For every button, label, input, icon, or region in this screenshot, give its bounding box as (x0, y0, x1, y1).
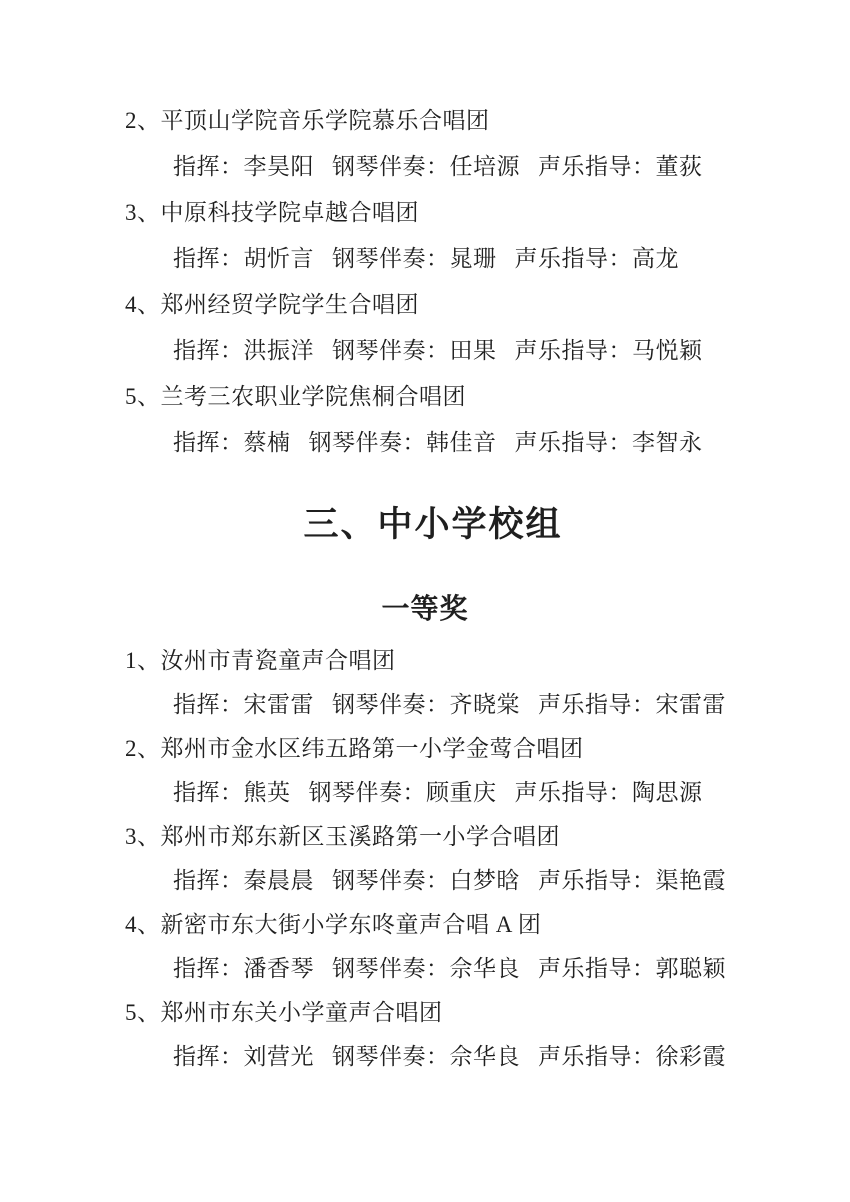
piano-label: 钢琴伴奏： (332, 956, 450, 981)
choir-name: 平顶山学院音乐学院慕乐合唱团 (161, 108, 490, 133)
conductor-name: 熊英 (244, 780, 291, 805)
conductor-label: 指挥： (173, 780, 244, 805)
choir-detail-line: 指挥：刘营光钢琴伴奏：佘华良声乐指导：徐彩霞 (0, 1035, 850, 1079)
choir-detail-line: 指挥：胡忻言钢琴伴奏：晁珊声乐指导：高龙 (0, 236, 850, 282)
conductor-label: 指挥： (173, 338, 244, 363)
choir-detail-line: 指挥：宋雷雷钢琴伴奏：齐晓棠声乐指导：宋雷雷 (0, 683, 850, 727)
choir-name-line: 2、平顶山学院音乐学院慕乐合唱团 (0, 98, 850, 144)
choir-entry: 5、兰考三农职业学院焦桐合唱团 指挥：蔡楠钢琴伴奏：韩佳音声乐指导：李智永 (0, 374, 850, 466)
choir-detail-line: 指挥：李昊阳钢琴伴奏：任培源声乐指导：董荻 (0, 144, 850, 190)
conductor-name: 洪振洋 (244, 338, 315, 363)
vocal-label: 声乐指导： (538, 956, 656, 981)
choir-entry: 3、中原科技学院卓越合唱团 指挥：胡忻言钢琴伴奏：晁珊声乐指导：高龙 (0, 190, 850, 282)
vocal-name: 郭聪颖 (656, 956, 727, 981)
choir-entry: 1、汝州市青瓷童声合唱团 指挥：宋雷雷钢琴伴奏：齐晓棠声乐指导：宋雷雷 (0, 639, 850, 727)
conductor-group: 指挥：蔡楠 (173, 420, 291, 466)
choir-name-line: 4、郑州经贸学院学生合唱团 (0, 282, 850, 328)
piano-group: 钢琴伴奏：顾重庆 (309, 771, 497, 815)
choir-name: 汝州市青瓷童声合唱团 (161, 648, 396, 673)
vocal-group: 声乐指导：李智永 (515, 420, 703, 466)
vocal-name: 马悦颖 (632, 338, 703, 363)
choir-entry: 4、新密市东大街小学东咚童声合唱 A 团 指挥：潘香琴钢琴伴奏：佘华良声乐指导：… (0, 903, 850, 991)
conductor-name: 潘香琴 (244, 956, 315, 981)
conductor-label: 指挥： (173, 430, 244, 455)
choir-detail-line: 指挥：洪振洋钢琴伴奏：田果声乐指导：马悦颖 (0, 328, 850, 374)
conductor-group: 指挥：李昊阳 (173, 144, 314, 190)
entry-number: 1、 (125, 639, 161, 683)
entry-number: 4、 (125, 903, 161, 947)
college-group-section: 2、平顶山学院音乐学院慕乐合唱团 指挥：李昊阳钢琴伴奏：任培源声乐指导：董荻 3… (0, 98, 850, 466)
piano-name: 韩佳音 (426, 430, 497, 455)
choir-name: 兰考三农职业学院焦桐合唱团 (161, 384, 467, 409)
vocal-group: 声乐指导：渠艳霞 (538, 859, 726, 903)
choir-name-line: 3、郑州市郑东新区玉溪路第一小学合唱团 (0, 815, 850, 859)
conductor-name: 李昊阳 (244, 154, 315, 179)
vocal-label: 声乐指导： (538, 1044, 656, 1069)
vocal-name: 高龙 (632, 246, 679, 271)
piano-name: 任培源 (450, 154, 521, 179)
document-page: 2、平顶山学院音乐学院慕乐合唱团 指挥：李昊阳钢琴伴奏：任培源声乐指导：董荻 3… (0, 0, 850, 1202)
conductor-group: 指挥：潘香琴 (173, 947, 314, 991)
choir-name: 郑州市东关小学童声合唱团 (161, 1000, 443, 1025)
vocal-group: 声乐指导：董荻 (538, 144, 703, 190)
conductor-label: 指挥： (173, 154, 244, 179)
piano-group: 钢琴伴奏：晁珊 (332, 236, 497, 282)
vocal-name: 李智永 (632, 430, 703, 455)
conductor-name: 秦晨晨 (244, 868, 315, 893)
piano-name: 白梦晗 (450, 868, 521, 893)
choir-name: 新密市东大街小学东咚童声合唱 A 团 (161, 912, 542, 937)
piano-group: 钢琴伴奏：白梦晗 (332, 859, 520, 903)
conductor-group: 指挥：洪振洋 (173, 328, 314, 374)
piano-group: 钢琴伴奏：佘华良 (332, 1035, 520, 1079)
entry-number: 2、 (125, 727, 161, 771)
choir-name-line: 5、郑州市东关小学童声合唱团 (0, 991, 850, 1035)
choir-detail-line: 指挥：潘香琴钢琴伴奏：佘华良声乐指导：郭聪颖 (0, 947, 850, 991)
conductor-label: 指挥： (173, 868, 244, 893)
conductor-name: 蔡楠 (244, 430, 291, 455)
conductor-label: 指挥： (173, 246, 244, 271)
conductor-name: 刘营光 (244, 1044, 315, 1069)
conductor-group: 指挥：刘营光 (173, 1035, 314, 1079)
vocal-label: 声乐指导： (538, 868, 656, 893)
entry-number: 3、 (125, 815, 161, 859)
choir-name-line: 2、郑州市金水区纬五路第一小学金莺合唱团 (0, 727, 850, 771)
conductor-label: 指挥： (173, 956, 244, 981)
vocal-label: 声乐指导： (538, 692, 656, 717)
conductor-group: 指挥：秦晨晨 (173, 859, 314, 903)
choir-entry: 4、郑州经贸学院学生合唱团 指挥：洪振洋钢琴伴奏：田果声乐指导：马悦颖 (0, 282, 850, 374)
piano-group: 钢琴伴奏：任培源 (332, 144, 520, 190)
choir-detail-line: 指挥：秦晨晨钢琴伴奏：白梦晗声乐指导：渠艳霞 (0, 859, 850, 903)
vocal-name: 董荻 (656, 154, 703, 179)
choir-entry: 2、郑州市金水区纬五路第一小学金莺合唱团 指挥：熊英钢琴伴奏：顾重庆声乐指导：陶… (0, 727, 850, 815)
conductor-label: 指挥： (173, 1044, 244, 1069)
school-group-section: 1、汝州市青瓷童声合唱团 指挥：宋雷雷钢琴伴奏：齐晓棠声乐指导：宋雷雷 2、郑州… (0, 639, 850, 1079)
conductor-name: 胡忻言 (244, 246, 315, 271)
vocal-group: 声乐指导：宋雷雷 (538, 683, 726, 727)
conductor-label: 指挥： (173, 692, 244, 717)
piano-name: 晁珊 (450, 246, 497, 271)
piano-label: 钢琴伴奏： (332, 154, 450, 179)
piano-label: 钢琴伴奏： (332, 1044, 450, 1069)
vocal-group: 声乐指导：陶思源 (515, 771, 703, 815)
piano-name: 田果 (450, 338, 497, 363)
choir-entry: 2、平顶山学院音乐学院慕乐合唱团 指挥：李昊阳钢琴伴奏：任培源声乐指导：董荻 (0, 98, 850, 190)
choir-name-line: 5、兰考三农职业学院焦桐合唱团 (0, 374, 850, 420)
vocal-label: 声乐指导： (515, 338, 633, 363)
piano-label: 钢琴伴奏： (309, 430, 427, 455)
choir-entry: 3、郑州市郑东新区玉溪路第一小学合唱团 指挥：秦晨晨钢琴伴奏：白梦晗声乐指导：渠… (0, 815, 850, 903)
piano-label: 钢琴伴奏： (309, 780, 427, 805)
piano-label: 钢琴伴奏： (332, 338, 450, 363)
vocal-label: 声乐指导： (538, 154, 656, 179)
document-content: 2、平顶山学院音乐学院慕乐合唱团 指挥：李昊阳钢琴伴奏：任培源声乐指导：董荻 3… (0, 0, 850, 1079)
vocal-group: 声乐指导：郭聪颖 (538, 947, 726, 991)
piano-group: 钢琴伴奏：佘华良 (332, 947, 520, 991)
choir-name: 中原科技学院卓越合唱团 (161, 200, 420, 225)
conductor-group: 指挥：宋雷雷 (173, 683, 314, 727)
choir-name-line: 4、新密市东大街小学东咚童声合唱 A 团 (0, 903, 850, 947)
vocal-group: 声乐指导：马悦颖 (515, 328, 703, 374)
vocal-label: 声乐指导： (515, 430, 633, 455)
vocal-name: 宋雷雷 (656, 692, 727, 717)
piano-label: 钢琴伴奏： (332, 868, 450, 893)
piano-group: 钢琴伴奏：韩佳音 (309, 420, 497, 466)
choir-name-line: 3、中原科技学院卓越合唱团 (0, 190, 850, 236)
vocal-name: 徐彩霞 (656, 1044, 727, 1069)
piano-group: 钢琴伴奏：齐晓棠 (332, 683, 520, 727)
piano-label: 钢琴伴奏： (332, 246, 450, 271)
entry-number: 5、 (125, 991, 161, 1035)
vocal-name: 渠艳霞 (656, 868, 727, 893)
choir-detail-line: 指挥：熊英钢琴伴奏：顾重庆声乐指导：陶思源 (0, 771, 850, 815)
vocal-group: 声乐指导：高龙 (515, 236, 680, 282)
vocal-name: 陶思源 (632, 780, 703, 805)
vocal-label: 声乐指导： (515, 780, 633, 805)
choir-name: 郑州经贸学院学生合唱团 (161, 292, 420, 317)
piano-name: 齐晓棠 (450, 692, 521, 717)
piano-name: 佘华良 (450, 956, 521, 981)
conductor-group: 指挥：胡忻言 (173, 236, 314, 282)
section-heading: 三、中小学校组 (8, 501, 850, 549)
choir-entry: 5、郑州市东关小学童声合唱团 指挥：刘营光钢琴伴奏：佘华良声乐指导：徐彩霞 (0, 991, 850, 1079)
choir-name: 郑州市郑东新区玉溪路第一小学合唱团 (161, 824, 561, 849)
piano-label: 钢琴伴奏： (332, 692, 450, 717)
choir-name: 郑州市金水区纬五路第一小学金莺合唱团 (161, 736, 584, 761)
conductor-name: 宋雷雷 (244, 692, 315, 717)
award-title: 一等奖 (0, 592, 850, 626)
choir-name-line: 1、汝州市青瓷童声合唱团 (0, 639, 850, 683)
entry-number: 4、 (125, 282, 161, 328)
entry-number: 5、 (125, 374, 161, 420)
choir-detail-line: 指挥：蔡楠钢琴伴奏：韩佳音声乐指导：李智永 (0, 420, 850, 466)
piano-name: 顾重庆 (426, 780, 497, 805)
vocal-label: 声乐指导： (515, 246, 633, 271)
piano-group: 钢琴伴奏：田果 (332, 328, 497, 374)
entry-number: 2、 (125, 98, 161, 144)
conductor-group: 指挥：熊英 (173, 771, 291, 815)
entry-number: 3、 (125, 190, 161, 236)
piano-name: 佘华良 (450, 1044, 521, 1069)
vocal-group: 声乐指导：徐彩霞 (538, 1035, 726, 1079)
